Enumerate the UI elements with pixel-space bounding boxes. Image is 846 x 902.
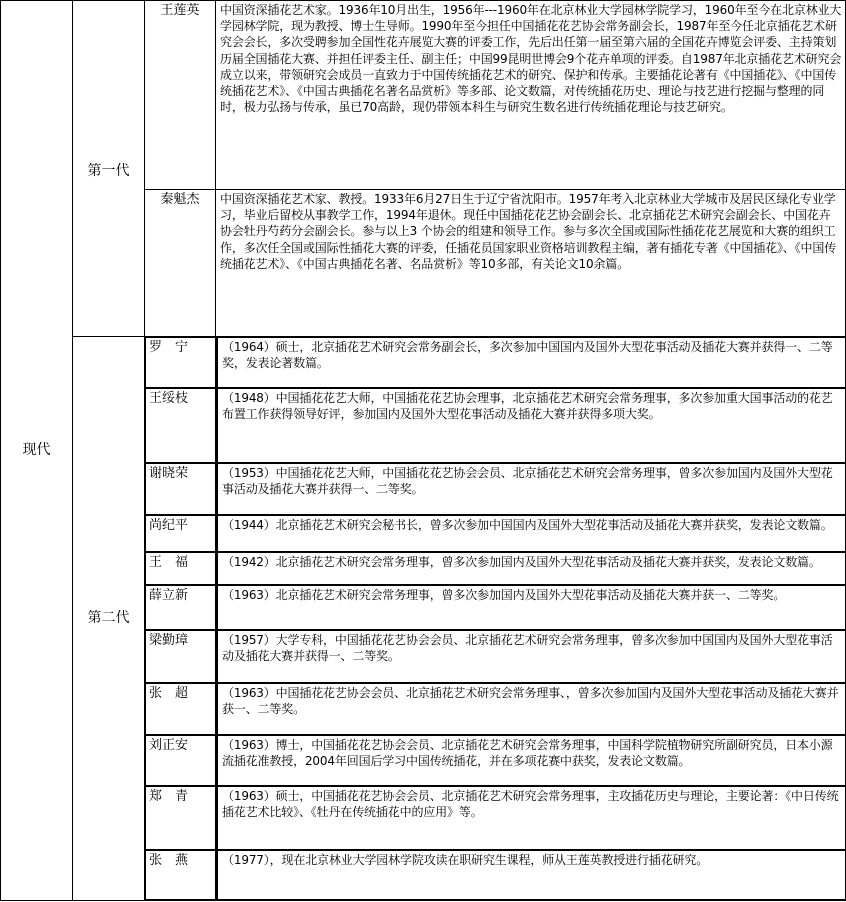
- person-name: 秦魁杰: [160, 192, 199, 207]
- description-cell[interactable]: （1963）中国插花花艺协会会员、北京插花艺术研究会常务理事、，曾多次参加国内及…: [215, 682, 846, 736]
- description-cell[interactable]: （1964）硕士，北京插花艺术研究会常务副会长，多次参加中国国内及国外大型花事活…: [215, 336, 846, 389]
- person-name: 王 福: [149, 555, 188, 570]
- description-cell[interactable]: （1953）中国插花花艺大师，中国插花花艺协会会员、北京插花艺术研究会常务理事，…: [215, 462, 846, 516]
- description-cell[interactable]: 中国资深插花艺术家。1936年10月出生，1956年---1960年在北京林业大…: [215, 0, 846, 190]
- person-description: （1953）中国插花花艺大师，中国插花花艺协会会员、北京插花艺术研究会常务理事，…: [222, 466, 833, 496]
- name-cell[interactable]: 谢晓荣: [144, 462, 216, 516]
- person-description: （1957）大学专科，中国插花花艺协会会员、北京插花艺术研究会常务理事，曾多次参…: [222, 633, 833, 663]
- name-cell[interactable]: 薛立新: [144, 584, 216, 631]
- spreadsheet-table: 现代 第一代 王莲英 中国资深插花艺术家。1936年10月出生，1956年---…: [0, 0, 846, 902]
- name-cell[interactable]: 王莲英: [144, 0, 216, 190]
- person-description: 中国资深插花艺术家。1936年10月出生，1956年---1960年在北京林业大…: [220, 3, 841, 114]
- name-cell[interactable]: 张 燕: [144, 849, 216, 901]
- name-cell[interactable]: 张 超: [144, 682, 216, 736]
- person-name: 薛立新: [149, 588, 188, 603]
- name-cell[interactable]: 王 福: [144, 551, 216, 586]
- person-name: 梁勤璋: [149, 633, 188, 648]
- person-name: 郑 青: [149, 789, 188, 804]
- description-cell[interactable]: （1963）北京插花艺术研究会常务理事，曾多次参加国内及国外大型花事活动及插花大…: [215, 584, 846, 631]
- generation-cell-second[interactable]: 第二代: [72, 336, 145, 901]
- person-description: （1964）硕士，北京插花艺术研究会常务副会长，多次参加中国国内及国外大型花事活…: [222, 340, 833, 370]
- description-cell[interactable]: （1963）博士，中国插花花艺协会会员、北京插花艺术研究会常务理事，中国科学院植…: [215, 734, 846, 787]
- description-cell[interactable]: （1942）北京插花艺术研究会常务理事，曾多次参加国内及国外大型花事活动及插花大…: [215, 551, 846, 586]
- person-name: 王莲英: [160, 3, 199, 18]
- generation-label: 第一代: [88, 163, 130, 179]
- person-name: 谢晓荣: [149, 466, 188, 481]
- person-name: 罗 宁: [149, 340, 188, 355]
- name-cell[interactable]: 王绥枝: [144, 387, 216, 464]
- person-name: 刘正安: [149, 738, 188, 753]
- person-description: （1963）博士，中国插花花艺协会会员、北京插花艺术研究会常务理事，中国科学院植…: [222, 738, 833, 768]
- description-cell[interactable]: （1948）中国插花花艺大师，中国插花花艺协会理事，北京插花艺术研究会常务理事，…: [215, 387, 846, 464]
- era-label: 现代: [23, 442, 51, 458]
- person-description: （1977），现在北京林业大学园林学院攻读在职研究生课程，师从王莲英教授进行插花…: [222, 853, 708, 867]
- person-description: （1942）北京插花艺术研究会常务理事，曾多次参加国内及国外大型花事活动及插花大…: [222, 555, 821, 569]
- description-cell[interactable]: 中国资深插花艺术家、教授。1933年6月27日生于辽宁省沈阳市。1957年考入北…: [215, 189, 846, 337]
- person-description: （1963）硕士，中国插花花艺协会会员、北京插花艺术研究会常务理事，主攻插花历史…: [222, 789, 838, 819]
- name-cell[interactable]: 郑 青: [144, 785, 216, 851]
- name-cell[interactable]: 秦魁杰: [144, 189, 216, 337]
- person-description: 中国资深插花艺术家、教授。1933年6月27日生于辽宁省沈阳市。1957年考入北…: [220, 192, 836, 271]
- name-cell[interactable]: 罗 宁: [144, 336, 216, 389]
- person-name: 张 燕: [149, 853, 188, 868]
- name-cell[interactable]: 刘正安: [144, 734, 216, 787]
- name-cell[interactable]: 尚纪平: [144, 514, 216, 553]
- person-description: （1944）北京插花艺术研究会秘书长，曾多次参加中国国内及国外大型花事活动及插花…: [222, 518, 833, 532]
- description-cell[interactable]: （1944）北京插花艺术研究会秘书长，曾多次参加中国国内及国外大型花事活动及插花…: [215, 514, 846, 553]
- description-cell[interactable]: （1963）硕士，中国插花花艺协会会员、北京插花艺术研究会常务理事，主攻插花历史…: [215, 785, 846, 851]
- generation-label: 第二代: [88, 610, 130, 626]
- person-description: （1948）中国插花花艺大师，中国插花花艺协会理事，北京插花艺术研究会常务理事，…: [222, 391, 833, 421]
- person-description: （1963）北京插花艺术研究会常务理事，曾多次参加国内及国外大型花事活动及插花大…: [222, 588, 785, 602]
- generation-cell-first[interactable]: 第一代: [72, 0, 145, 337]
- era-cell[interactable]: 现代: [0, 0, 73, 901]
- description-cell[interactable]: （1957）大学专科，中国插花花艺协会会员、北京插花艺术研究会常务理事，曾多次参…: [215, 629, 846, 684]
- person-name: 尚纪平: [149, 518, 188, 533]
- person-name: 王绥枝: [149, 391, 188, 406]
- name-cell[interactable]: 梁勤璋: [144, 629, 216, 684]
- person-name: 张 超: [149, 686, 188, 701]
- description-cell[interactable]: （1977），现在北京林业大学园林学院攻读在职研究生课程，师从王莲英教授进行插花…: [215, 849, 846, 901]
- person-description: （1963）中国插花花艺协会会员、北京插花艺术研究会常务理事、，曾多次参加国内及…: [222, 686, 838, 716]
